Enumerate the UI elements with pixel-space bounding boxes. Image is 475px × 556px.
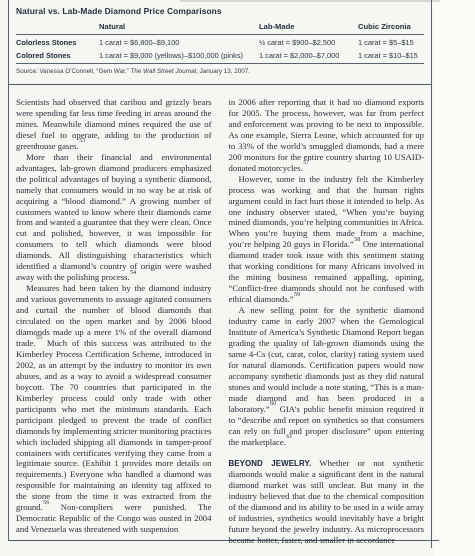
table-header-row: Natural Lab-Made Cubic Zirconia: [16, 21, 424, 35]
table-header-empty: [16, 21, 99, 35]
body-text: Scientists had observed that caribou and…: [9, 85, 431, 546]
table-header-natural: Natural: [99, 21, 259, 35]
table-header-lab-made: Lab-Made: [259, 21, 358, 35]
price-comparison-section: Natural vs. Lab-Made Diamond Price Compa…: [9, 0, 431, 85]
scanned-page: Natural vs. Lab-Made Diamond Price Compa…: [8, 0, 432, 541]
footnote-ref: 60: [270, 401, 276, 407]
footnote-ref: 54: [130, 270, 136, 276]
table-row: Colorless Stones1 carat = $6,800–$9,100½…: [16, 35, 424, 49]
source-line: Source: Vanessa O’Connell, “Gem War,” Th…: [16, 68, 424, 75]
footnote-ref: 53: [79, 138, 85, 144]
paragraph: Measures had been taken by the diamond i…: [16, 283, 212, 535]
paragraph: However, some in the industry felt the K…: [229, 174, 425, 305]
table-row: Colored Stones1 carat = $9,000 (yellows)…: [16, 48, 424, 64]
italic-text: The Wall Street Journal: [130, 68, 196, 75]
table-header-cubic-zirconia: Cubic Zirconia: [358, 21, 424, 35]
footnote-ref: 61: [286, 434, 292, 440]
paragraph: More than their financial and environmen…: [16, 152, 212, 283]
price-cell: 1 carat = $6,800–$9,100: [99, 35, 259, 49]
price-comparison-table: Natural Lab-Made Cubic Zirconia Colorles…: [16, 21, 424, 64]
price-cell: 1 carat = $2,000–$7,000: [259, 48, 358, 64]
left-text-column: Scientists had observed that caribou and…: [16, 97, 212, 546]
footnote-ref: 55: [36, 335, 42, 341]
price-table-body: Colorless Stones1 carat = $6,800–$9,100½…: [16, 35, 424, 64]
row-label: Colorless Stones: [16, 35, 99, 49]
paragraph: in 2006 after reporting that it had no d…: [229, 97, 425, 174]
price-cell: ½ carat = $900–$2,500: [259, 35, 358, 49]
footnote-ref: 57: [303, 160, 309, 166]
paragraph: BEYOND JEWELRY. Whether or not synthetic…: [229, 458, 425, 547]
section-heading: BEYOND JEWELRY.: [229, 459, 312, 468]
row-label: Colored Stones: [16, 48, 99, 64]
page-right-margin: [433, 0, 475, 556]
table-title: Natural vs. Lab-Made Diamond Price Compa…: [16, 6, 424, 16]
price-cell: 1 carat = $10–$15: [358, 48, 424, 64]
right-text-column: in 2006 after reporting that it had no d…: [229, 97, 425, 546]
price-cell: 1 carat = $9,000 (yellows)–$100,000 (pin…: [99, 48, 259, 64]
price-cell: 1 carat = $5–$15: [358, 35, 424, 49]
paragraph: A new selling point for the synthetic di…: [229, 305, 425, 447]
crop-mark: [431, 539, 432, 548]
paragraph: Scientists had observed that caribou and…: [16, 97, 212, 152]
footnote-ref: 58: [354, 237, 360, 243]
footnote-ref: 59: [294, 292, 300, 298]
footnote-ref: 56: [43, 500, 49, 506]
